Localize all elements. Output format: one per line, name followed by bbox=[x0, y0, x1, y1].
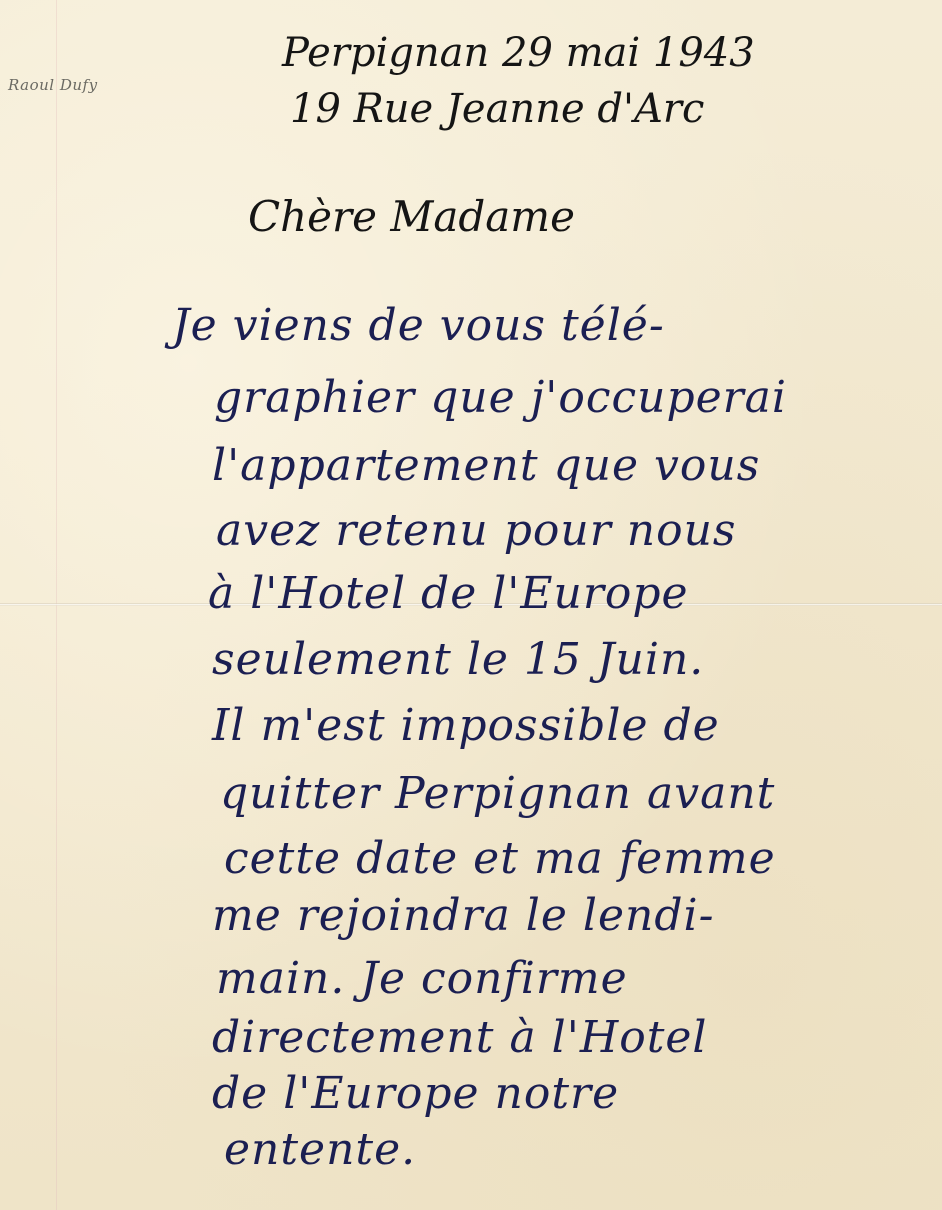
body-line: Il m'est impossible de bbox=[212, 700, 720, 751]
body-line: me rejoindra le lendi- bbox=[212, 890, 714, 941]
body-line: l'appartement que vous bbox=[212, 440, 760, 491]
body-line: main. Je confirme bbox=[216, 953, 628, 1004]
body-line: Je viens de vous télé- bbox=[172, 300, 665, 351]
body-line: seulement le 15 Juin. bbox=[212, 634, 704, 685]
letter-address: 19 Rue Jeanne d'Arc bbox=[290, 86, 704, 132]
pencil-margin-annotation: Raoul Dufy bbox=[8, 76, 98, 94]
body-line: à l'Hotel de l'Europe bbox=[208, 568, 689, 619]
letter-place-date: Perpignan 29 mai 1943 bbox=[282, 30, 755, 76]
body-line: quitter Perpignan avant bbox=[220, 768, 775, 819]
body-line: de l'Europe notre bbox=[212, 1068, 619, 1119]
body-line: cette date et ma femme bbox=[224, 833, 776, 884]
letter-salutation: Chère Madame bbox=[248, 192, 575, 241]
body-line: graphier que j'occuperai bbox=[214, 372, 787, 423]
letter-page: Raoul Dufy Perpignan 29 mai 1943 19 Rue … bbox=[0, 0, 942, 1210]
body-line: entente. bbox=[224, 1124, 416, 1175]
body-line: avez retenu pour nous bbox=[216, 505, 737, 556]
body-line: directement à l'Hotel bbox=[212, 1012, 707, 1063]
